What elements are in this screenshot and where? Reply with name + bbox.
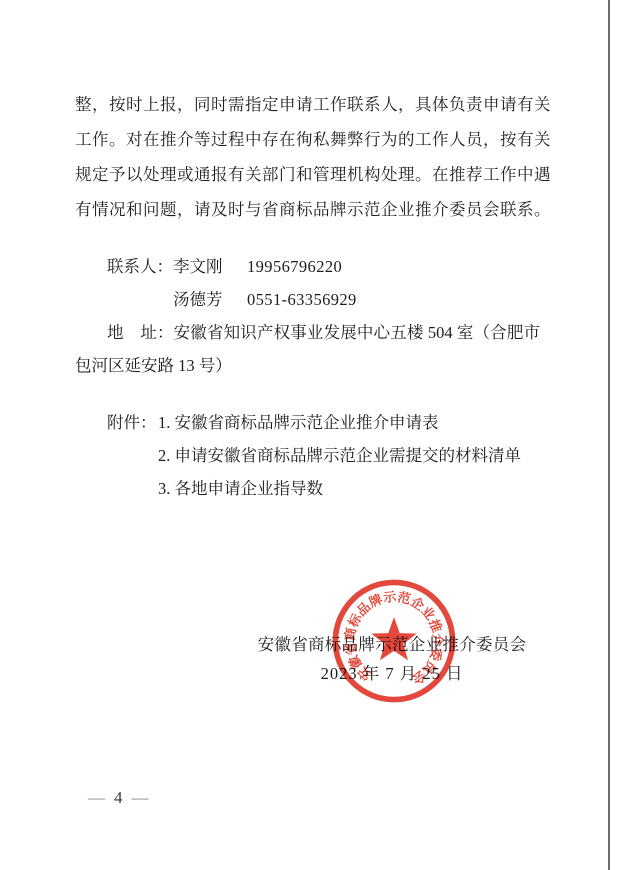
page-number: —4— <box>88 786 149 810</box>
seal-star-icon <box>371 617 416 660</box>
attachment-item: 3. 各地申请企业指导数 <box>158 479 323 498</box>
contact-name: 李文刚 <box>173 250 247 283</box>
attachment-row: 附件：1. 安徽省商标品牌示范企业推介申请表 <box>107 406 540 439</box>
document-content: 整，按时上报，同时需指定申请工作联系人，具体负责申请有关 工作。对在推介等过程中… <box>75 87 540 505</box>
contact-row: 汤德芳0551-63356929 <box>107 283 540 316</box>
address-row: 地 址：安徽省知识产权事业发展中心五楼 504 室（合肥市 <box>107 316 540 349</box>
official-seal: 安徽省商标品牌示范企业推介委员会 <box>331 578 457 704</box>
paragraph-line: 整，按时上报，同时需指定申请工作联系人，具体负责申请有关 <box>75 87 540 122</box>
address-continuation: 包河区延安路 13 号） <box>75 349 540 382</box>
address-label: 地 址： <box>107 323 174 342</box>
contact-row: 联系人：李文刚19956796220 <box>107 250 540 283</box>
body-paragraph: 整，按时上报，同时需指定申请工作联系人，具体负责申请有关 工作。对在推介等过程中… <box>75 87 540 227</box>
paragraph-line: 有情况和问题，请及时与省商标品牌示范企业推介委员会联系。 <box>75 192 540 227</box>
contact-label: 联系人： <box>107 250 173 283</box>
attachment-item: 1. 安徽省商标品牌示范企业推介申请表 <box>158 413 439 432</box>
contact-name: 汤德芳 <box>173 283 247 316</box>
page-number-dash: — <box>132 788 149 807</box>
paragraph-line: 工作。对在推介等过程中存在徇私舞弊行为的工作人员，按有关 <box>75 122 540 157</box>
address-text: 安徽省知识产权事业发展中心五楼 504 室（合肥市 <box>174 323 540 342</box>
paragraph-line: 规定予以处理或通报有关部门和管理机构处理。在推荐工作中遇 <box>75 157 540 192</box>
page-number-value: 4 <box>114 788 123 807</box>
attachment-row: 2. 申请安徽省商标品牌示范企业需提交的材料清单 <box>107 439 540 472</box>
contact-phone: 19956796220 <box>247 257 342 276</box>
page-number-dash: — <box>88 788 105 807</box>
page-edge-line <box>608 0 610 870</box>
contact-block: 联系人：李文刚19956796220 汤德芳0551-63356929 地 址：… <box>107 250 540 382</box>
attachment-row: 3. 各地申请企业指导数 <box>107 472 540 505</box>
attachments-block: 附件：1. 安徽省商标品牌示范企业推介申请表 2. 申请安徽省商标品牌示范企业需… <box>107 406 540 505</box>
attachments-label: 附件： <box>107 406 158 439</box>
contact-phone: 0551-63356929 <box>247 290 357 309</box>
attachment-item: 2. 申请安徽省商标品牌示范企业需提交的材料清单 <box>158 446 521 465</box>
